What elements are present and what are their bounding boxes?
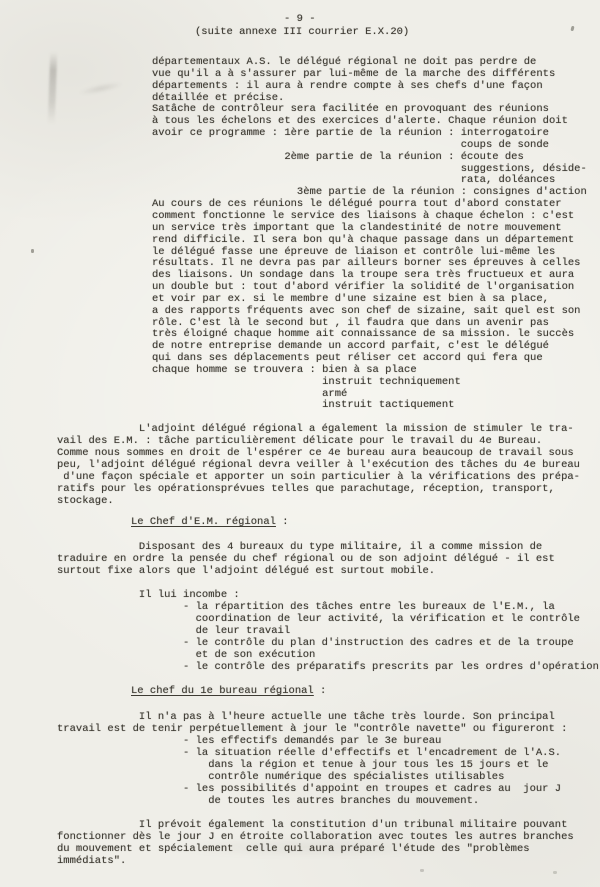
ink-speck xyxy=(420,869,424,872)
annex-reference: (suite annexe III courrier E.X.20) xyxy=(195,26,409,38)
ink-smudge xyxy=(48,52,58,124)
section-heading-chef-em: Le Chef d'E.M. régional : xyxy=(131,516,289,528)
paragraph-delegate-duties: départementaux A.S. le délégué régional … xyxy=(152,57,587,412)
paragraph-adjoint-delegate: L'adjoint délégué régional a également l… xyxy=(57,423,580,507)
heading-chef-bureau-text: Le chef du 1e bureau régional xyxy=(131,685,314,697)
heading-chef-bureau-colon: : xyxy=(314,685,327,697)
ink-speck xyxy=(31,249,34,253)
ink-speck xyxy=(553,871,557,874)
scanned-document-page: - 9 - (suite annexe III courrier E.X.20)… xyxy=(0,0,600,887)
section-heading-chef-bureau: Le chef du 1e bureau régional : xyxy=(131,685,326,697)
paragraph-chef-em: Disposant des 4 bureaux du type militair… xyxy=(57,541,599,673)
ink-speck xyxy=(570,26,574,32)
ink-smudge xyxy=(78,79,125,97)
page-number: - 9 - xyxy=(284,13,316,25)
heading-chef-em-colon: : xyxy=(276,516,289,528)
paragraph-chef-bureau: Il n'a pas à l'heure actuelle une tâche … xyxy=(57,711,574,867)
heading-chef-em-text: Le Chef d'E.M. régional xyxy=(131,516,276,528)
